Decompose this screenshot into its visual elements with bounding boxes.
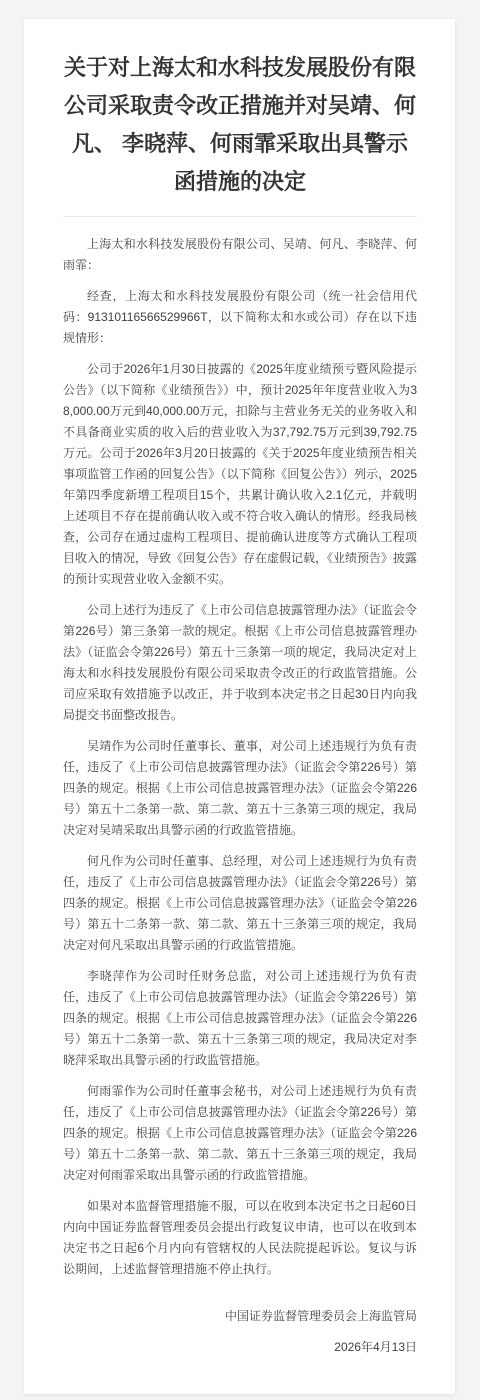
document-title: 关于对上海太和水科技发展股份有限公司采取责令改正措施并对吴靖、何凡、 李晓萍、何… bbox=[63, 49, 417, 201]
paragraph-investigation: 经查，上海太和水科技发展股份有限公司（统一社会信用代码：913101165665… bbox=[63, 286, 417, 349]
paragraph-company-measure: 公司上述行为违反了《上市公司信息披露管理办法》（证监会令第226号）第三条第一款… bbox=[63, 600, 417, 726]
decision-date: 2026年4月13日 bbox=[63, 1337, 417, 1358]
paragraph-measure-wujing: 吴靖作为公司时任董事长、董事，对公司上述违规行为负有责任，违反了《上市公司信息披… bbox=[63, 736, 417, 841]
page-background: 关于对上海太和水科技发展股份有限公司采取责令改正措施并对吴靖、何凡、 李晓萍、何… bbox=[0, 0, 480, 1400]
issuer-signature: 中国证券监督管理委员会上海监管局 bbox=[63, 1306, 417, 1327]
title-divider bbox=[63, 216, 417, 217]
paragraph-addressee: 上海太和水科技发展股份有限公司、吴靖、何凡、李晓萍、何雨霏： bbox=[63, 234, 417, 276]
paragraph-measure-heyufei: 何雨霏作为公司时任董事会秘书，对公司上述违规行为负有责任，违反了《上市公司信息披… bbox=[63, 1081, 417, 1186]
paragraph-appeal-rights: 如果对本监督管理措施不服，可以在收到本决定书之日起60日内向中国证券监督管理委员… bbox=[63, 1196, 417, 1280]
paragraph-violation-facts: 公司于2026年1月30日披露的《2025年度业绩预亏暨风险提示公告》（以下简称… bbox=[63, 359, 417, 590]
document-card: 关于对上海太和水科技发展股份有限公司采取责令改正措施并对吴靖、何凡、 李晓萍、何… bbox=[24, 19, 455, 1394]
paragraph-measure-lixiaoping: 李晓萍作为公司时任财务总监，对公司上述违规行为负有责任，违反了《上市公司信息披露… bbox=[63, 966, 417, 1071]
document-body: 上海太和水科技发展股份有限公司、吴靖、何凡、李晓萍、何雨霏： 经查，上海太和水科… bbox=[63, 234, 417, 1280]
paragraph-measure-hefan: 何凡作为公司时任董事、总经理，对公司上述违规行为负有责任，违反了《上市公司信息披… bbox=[63, 851, 417, 956]
